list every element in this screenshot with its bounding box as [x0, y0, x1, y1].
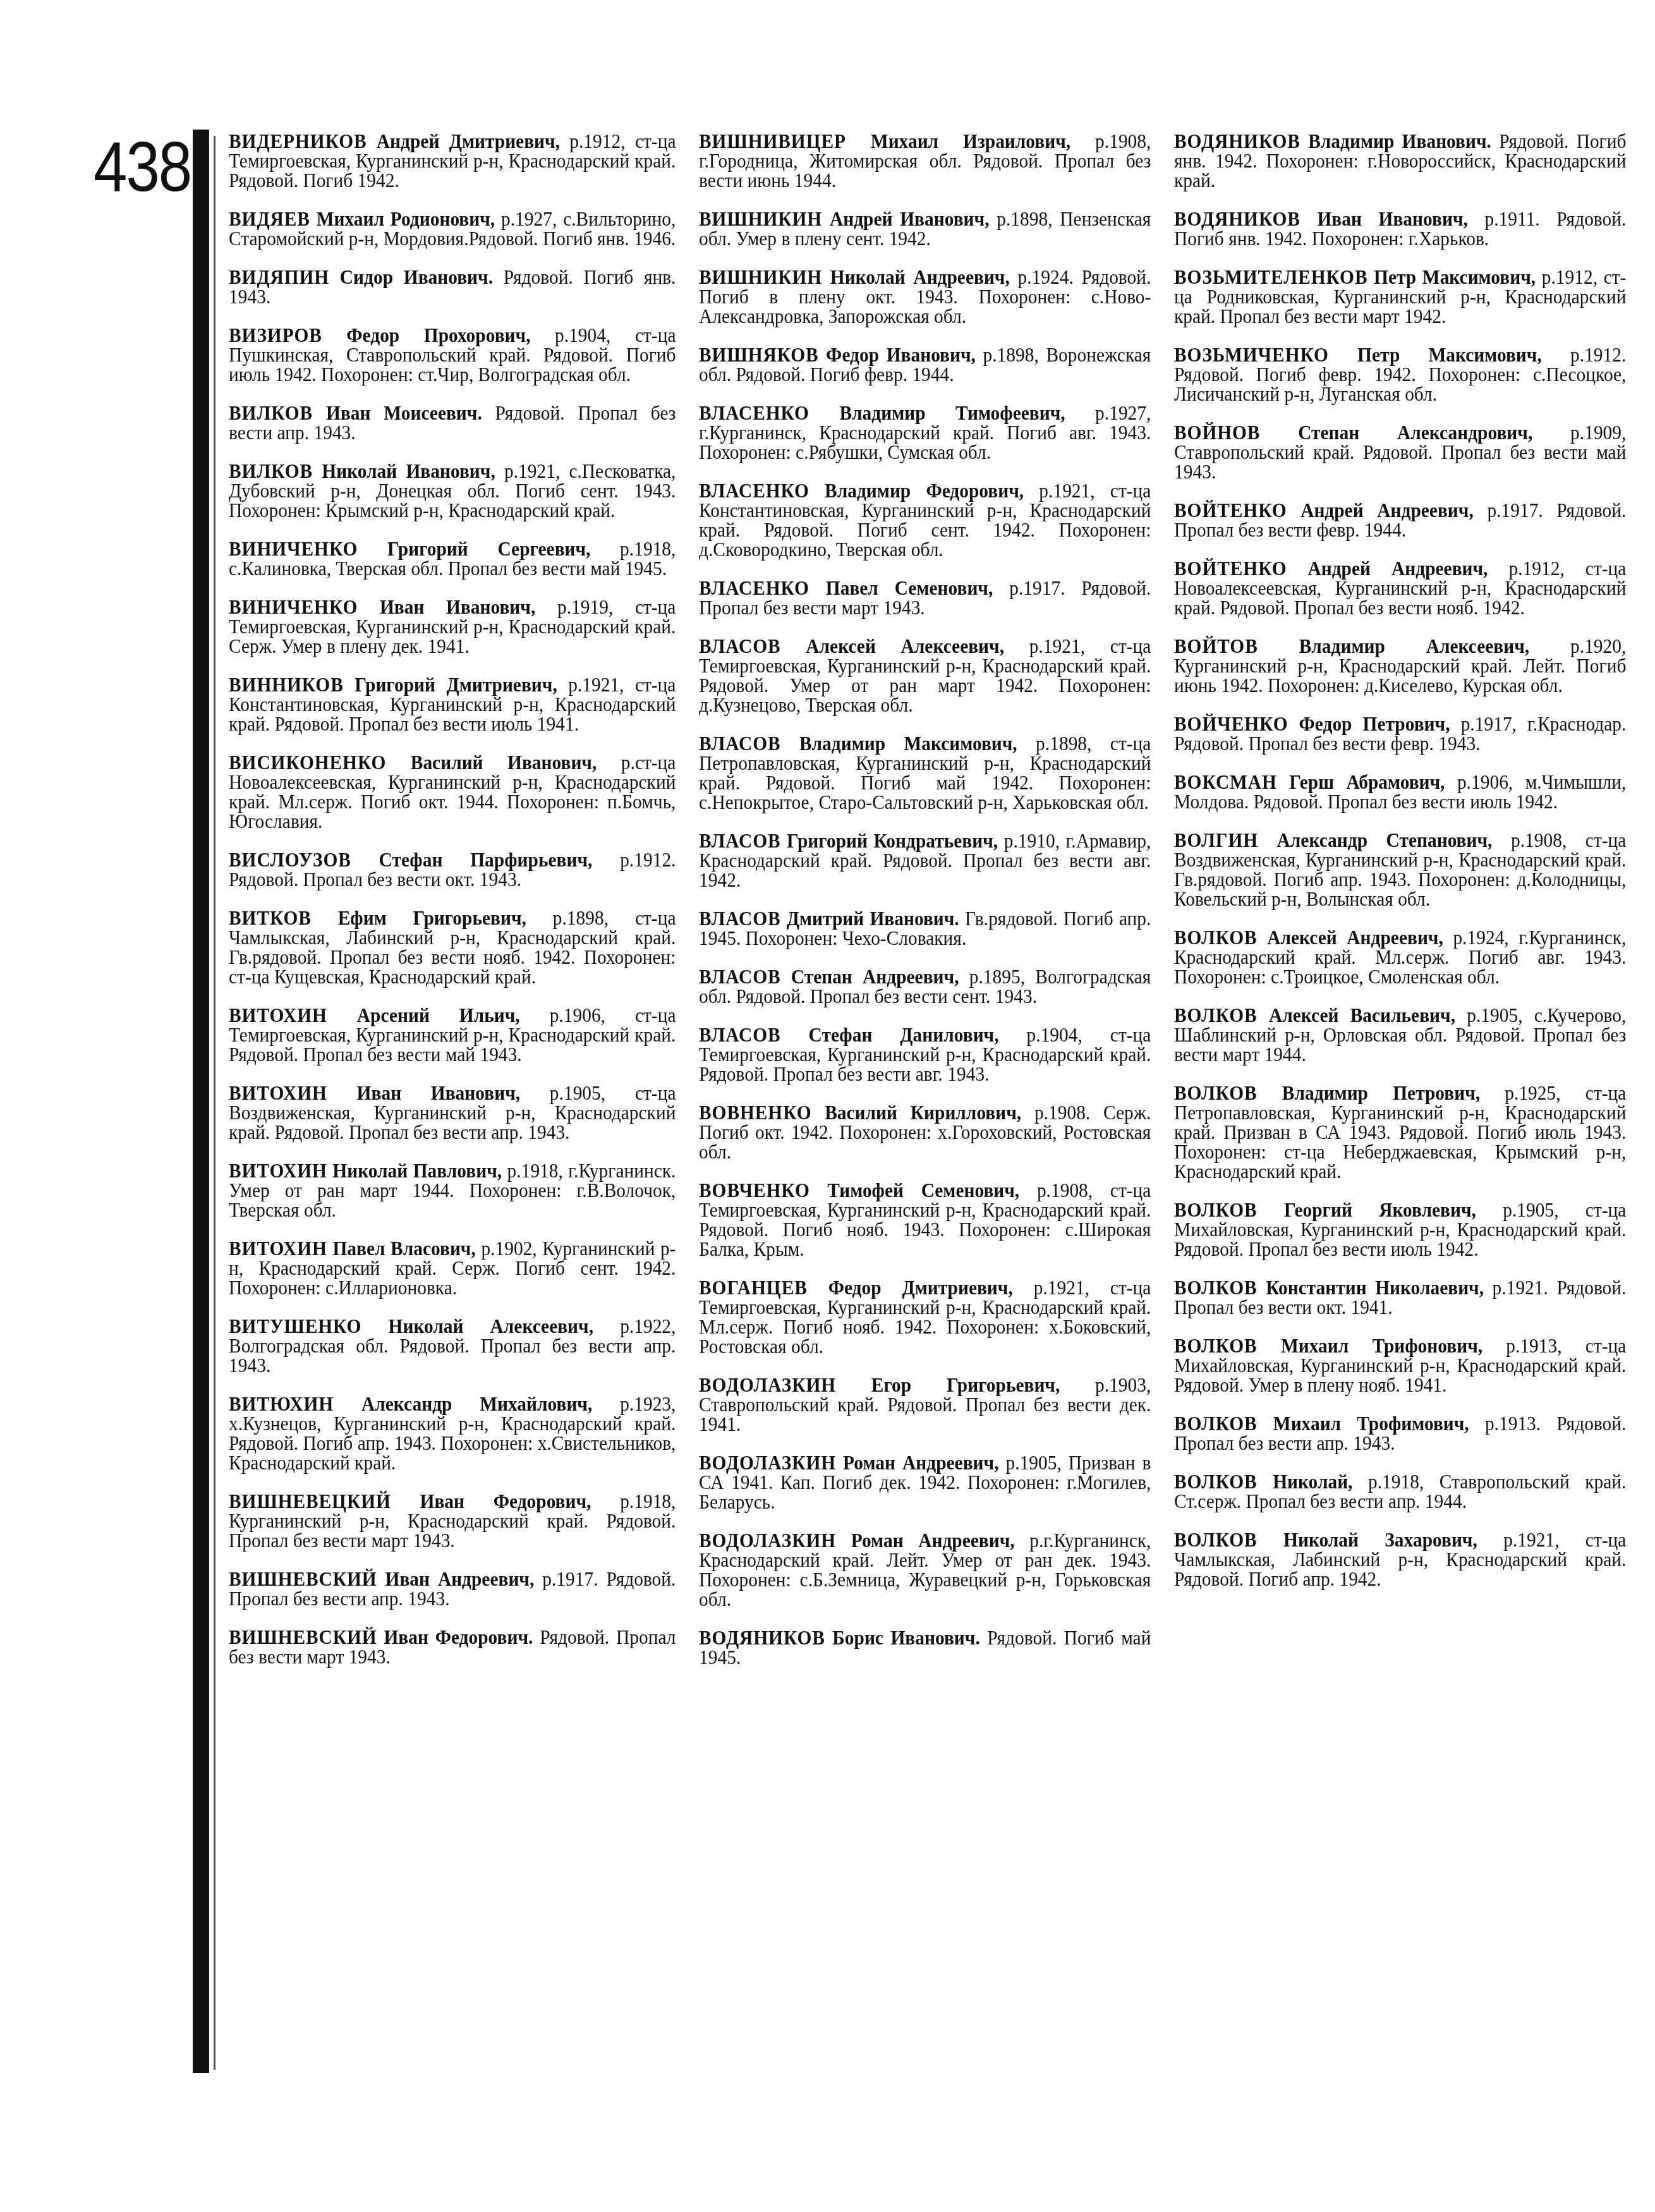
memorial-entry: ВИСИКОНЕНКО Василий Иванович, р.ст-ца Но… — [229, 753, 676, 831]
column-1: ВИДЕРНИКОВ Андрей Дмитриевич, р.1912, ст… — [229, 131, 679, 1686]
memorial-entry: ВИШНИКИН Андрей Иванович, р.1898, Пензен… — [699, 209, 1151, 248]
memorial-entry: ВОЗЬМИТЕЛЕНКОВ Петр Максимович, р.1912, … — [1174, 267, 1626, 326]
memorial-entry: ВОЛКОВ Михаил Трофимович, р.1913. Рядово… — [1174, 1414, 1626, 1453]
memorial-entry: ВЛАСЕНКО Владимир Федорович, р.1921, ст-… — [699, 481, 1151, 559]
memorial-entry: ВИТОХИН Николай Павлович, р.1918, г.Кург… — [229, 1161, 676, 1220]
memorial-entry: ВОЛКОВ Алексей Андреевич, р.1924, г.Кург… — [1174, 928, 1626, 987]
margin-rule — [214, 136, 215, 2070]
memorial-entry: ВЛАСЕНКО Владимир Тимофеевич, р.1927, г.… — [699, 403, 1151, 462]
memorial-entry: ВЛАСЕНКО Павел Семенович, р.1917. Рядово… — [699, 578, 1151, 617]
memorial-entry: ВОДОЛАЗКИН Роман Андреевич, р.г.Курганин… — [699, 1531, 1151, 1609]
memorial-entry: ВЛАСОВ Стефан Данилович, р.1904, ст-ца Т… — [699, 1025, 1151, 1084]
memorial-entry: ВОДЯНИКОВ Иван Иванович, р.1911. Рядовой… — [1174, 209, 1626, 248]
margin-bar — [193, 130, 209, 2073]
memorial-entry: ВОЛКОВ Михаил Трифонович, р.1913, ст-ца … — [1174, 1336, 1626, 1395]
column-3: ВОДЯНИКОВ Владимир Иванович. Рядовой. По… — [1174, 131, 1629, 1686]
memorial-entry: ВИШНЕВСКИЙ Иван Федорович. Рядовой. Проп… — [229, 1627, 676, 1667]
memorial-entry: ВОЛКОВ Константин Николаевич, р.1921. Ря… — [1174, 1278, 1626, 1317]
entry-given-name: Борис Иванович. — [832, 1626, 979, 1649]
memorial-entry: ВИШНИКИН Николай Андреевич, р.1924. Рядо… — [699, 267, 1151, 326]
memorial-entry: ВИШНЯКОВ Федор Иванович, р.1898, Воронеж… — [699, 345, 1151, 384]
memorial-entry: ВОВНЕНКО Василий Кириллович, р.1908. Сер… — [699, 1103, 1151, 1162]
memorial-entry: ВИСЛОУЗОВ Стефан Парфирьевич, р.1912. Ря… — [229, 850, 676, 889]
memorial-entry: ВОЛКОВ Николай, р.1918, Ставропольский к… — [1174, 1472, 1626, 1511]
memorial-entry: ВОЙТОВ Владимир Алексеевич, р.1920, Кург… — [1174, 636, 1626, 695]
memorial-entry: ВИТОХИН Иван Иванович, р.1905, ст-ца Воз… — [229, 1083, 676, 1142]
entries-columns: ВИДЕРНИКОВ Андрей Дмитриевич, р.1912, ст… — [229, 131, 1644, 1686]
memorial-entry: ВОЙНОВ Степан Александрович, р.1909, Ста… — [1174, 423, 1626, 482]
memorial-entry: ВИТОХИН Павел Власович, р.1902, Курганин… — [229, 1239, 676, 1297]
memorial-entry: ВЛАСОВ Григорий Кондратьевич, р.1910, г.… — [699, 831, 1151, 890]
memorial-entry: ВИТЮХИН Александр Михайлович, р.1923, х.… — [229, 1394, 676, 1473]
memorial-entry: ВОЙТЕНКО Андрей Андреевич, р.1912, ст-ца… — [1174, 559, 1626, 617]
memorial-entry: ВОЛКОВ Владимир Петрович, р.1925, ст-ца … — [1174, 1083, 1626, 1181]
memorial-entry: ВИЛКОВ Николай Иванович, р.1921, с.Песко… — [229, 461, 676, 520]
memorial-entry: ВИШНЕВСКИЙ Иван Андреевич, р.1917. Рядов… — [229, 1569, 676, 1608]
memorial-entry: ВИЛКОВ Иван Моисеевич. Рядовой. Пропал б… — [229, 403, 676, 442]
memorial-entry: ВОЛКОВ Алексей Васильевич, р.1905, с.Куч… — [1174, 1006, 1626, 1064]
column-2: ВИШНИВИЦЕР Михаил Израилович, р.1908, г.… — [699, 131, 1154, 1686]
memorial-entry: ВИЗИРОВ Федор Прохорович, р.1904, ст-ца … — [229, 325, 676, 384]
memorial-entry: ВИДЕРНИКОВ Андрей Дмитриевич, р.1912, ст… — [229, 131, 676, 190]
page-number: 438 — [94, 133, 191, 202]
memorial-entry: ВИННИКОВ Григорий Дмитриевич, р.1921, ст… — [229, 675, 676, 734]
memorial-entry: ВОВЧЕНКО Тимофей Семенович, р.1908, ст-ц… — [699, 1181, 1151, 1259]
memorial-entry: ВОЛГИН Александр Степанович, р.1908, ст-… — [1174, 830, 1626, 909]
memorial-entry: ВОДЯНИКОВ Владимир Иванович. Рядовой. По… — [1174, 131, 1626, 190]
memorial-entry: ВОЗЬМИЧЕНКО Петр Максимович, р.1912. Ряд… — [1174, 345, 1626, 404]
memorial-entry: ВОГАНЦЕВ Федор Дмитриевич, р.1921, ст-ца… — [699, 1278, 1151, 1356]
entry-given-name: Иван Федорович. — [384, 1626, 533, 1648]
memorial-entry: ВЛАСОВ Степан Андреевич, р.1895, Волгогр… — [699, 967, 1151, 1006]
memorial-entry: ВОДЯНИКОВ Борис Иванович. Рядовой. Погиб… — [699, 1628, 1151, 1667]
memorial-entry: ВЛАСОВ Дмитрий Иванович. Гв.рядовой. Пог… — [699, 909, 1151, 948]
memorial-entry: ВОКСМАН Герш Абрамович, р.1906, м.Чимышл… — [1174, 772, 1626, 811]
memorial-entry: ВИТОХИН Арсений Ильич, р.1906, ст-ца Тем… — [229, 1006, 676, 1064]
memorial-entry: ВИТКОВ Ефим Григорьевич, р.1898, ст-ца Ч… — [229, 908, 676, 987]
memorial-entry: ВОДОЛАЗКИН Роман Андреевич, р.1905, Приз… — [699, 1453, 1151, 1512]
entry-given-name: Сидор Иванович. — [340, 265, 493, 288]
memorial-entry: ВИШНИВИЦЕР Михаил Израилович, р.1908, г.… — [699, 131, 1151, 190]
memorial-entry: ВОЙТЕНКО Андрей Андреевич, р.1917. Рядов… — [1174, 501, 1626, 540]
memorial-entry: ВИТУШЕНКО Николай Алексеевич, р.1922, Во… — [229, 1316, 676, 1375]
memorial-entry: ВИНИЧЕНКО Иван Иванович, р.1919, ст-ца Т… — [229, 597, 676, 656]
memorial-entry: ВИДЯЕВ Михаил Родионович, р.1927, с.Виль… — [229, 209, 676, 248]
memorial-entry: ВОЙЧЕНКО Федор Петрович, р.1917, г.Красн… — [1174, 714, 1626, 753]
memorial-entry: ВЛАСОВ Алексей Алексеевич, р.1921, ст-ца… — [699, 636, 1151, 715]
memorial-entry: ВИДЯПИН Сидор Иванович. Рядовой. Погиб я… — [229, 267, 676, 307]
memorial-entry: ВИШНЕВЕЦКИЙ Иван Федорович, р.1918, Кург… — [229, 1492, 676, 1550]
memorial-entry: ВИНИЧЕНКО Григорий Сергеевич, р.1918, с.… — [229, 539, 676, 578]
memorial-entry: ВЛАСОВ Владимир Максимович, р.1898, ст-ц… — [699, 734, 1151, 812]
memorial-entry: ВОЛКОВ Николай Захарович, р.1921, ст-ца … — [1174, 1530, 1626, 1589]
memorial-entry: ВОДОЛАЗКИН Егор Григорьевич, р.1903, Ста… — [699, 1375, 1151, 1434]
memorial-entry: ВОЛКОВ Георгий Яковлевич, р.1905, ст-ца … — [1174, 1200, 1626, 1259]
